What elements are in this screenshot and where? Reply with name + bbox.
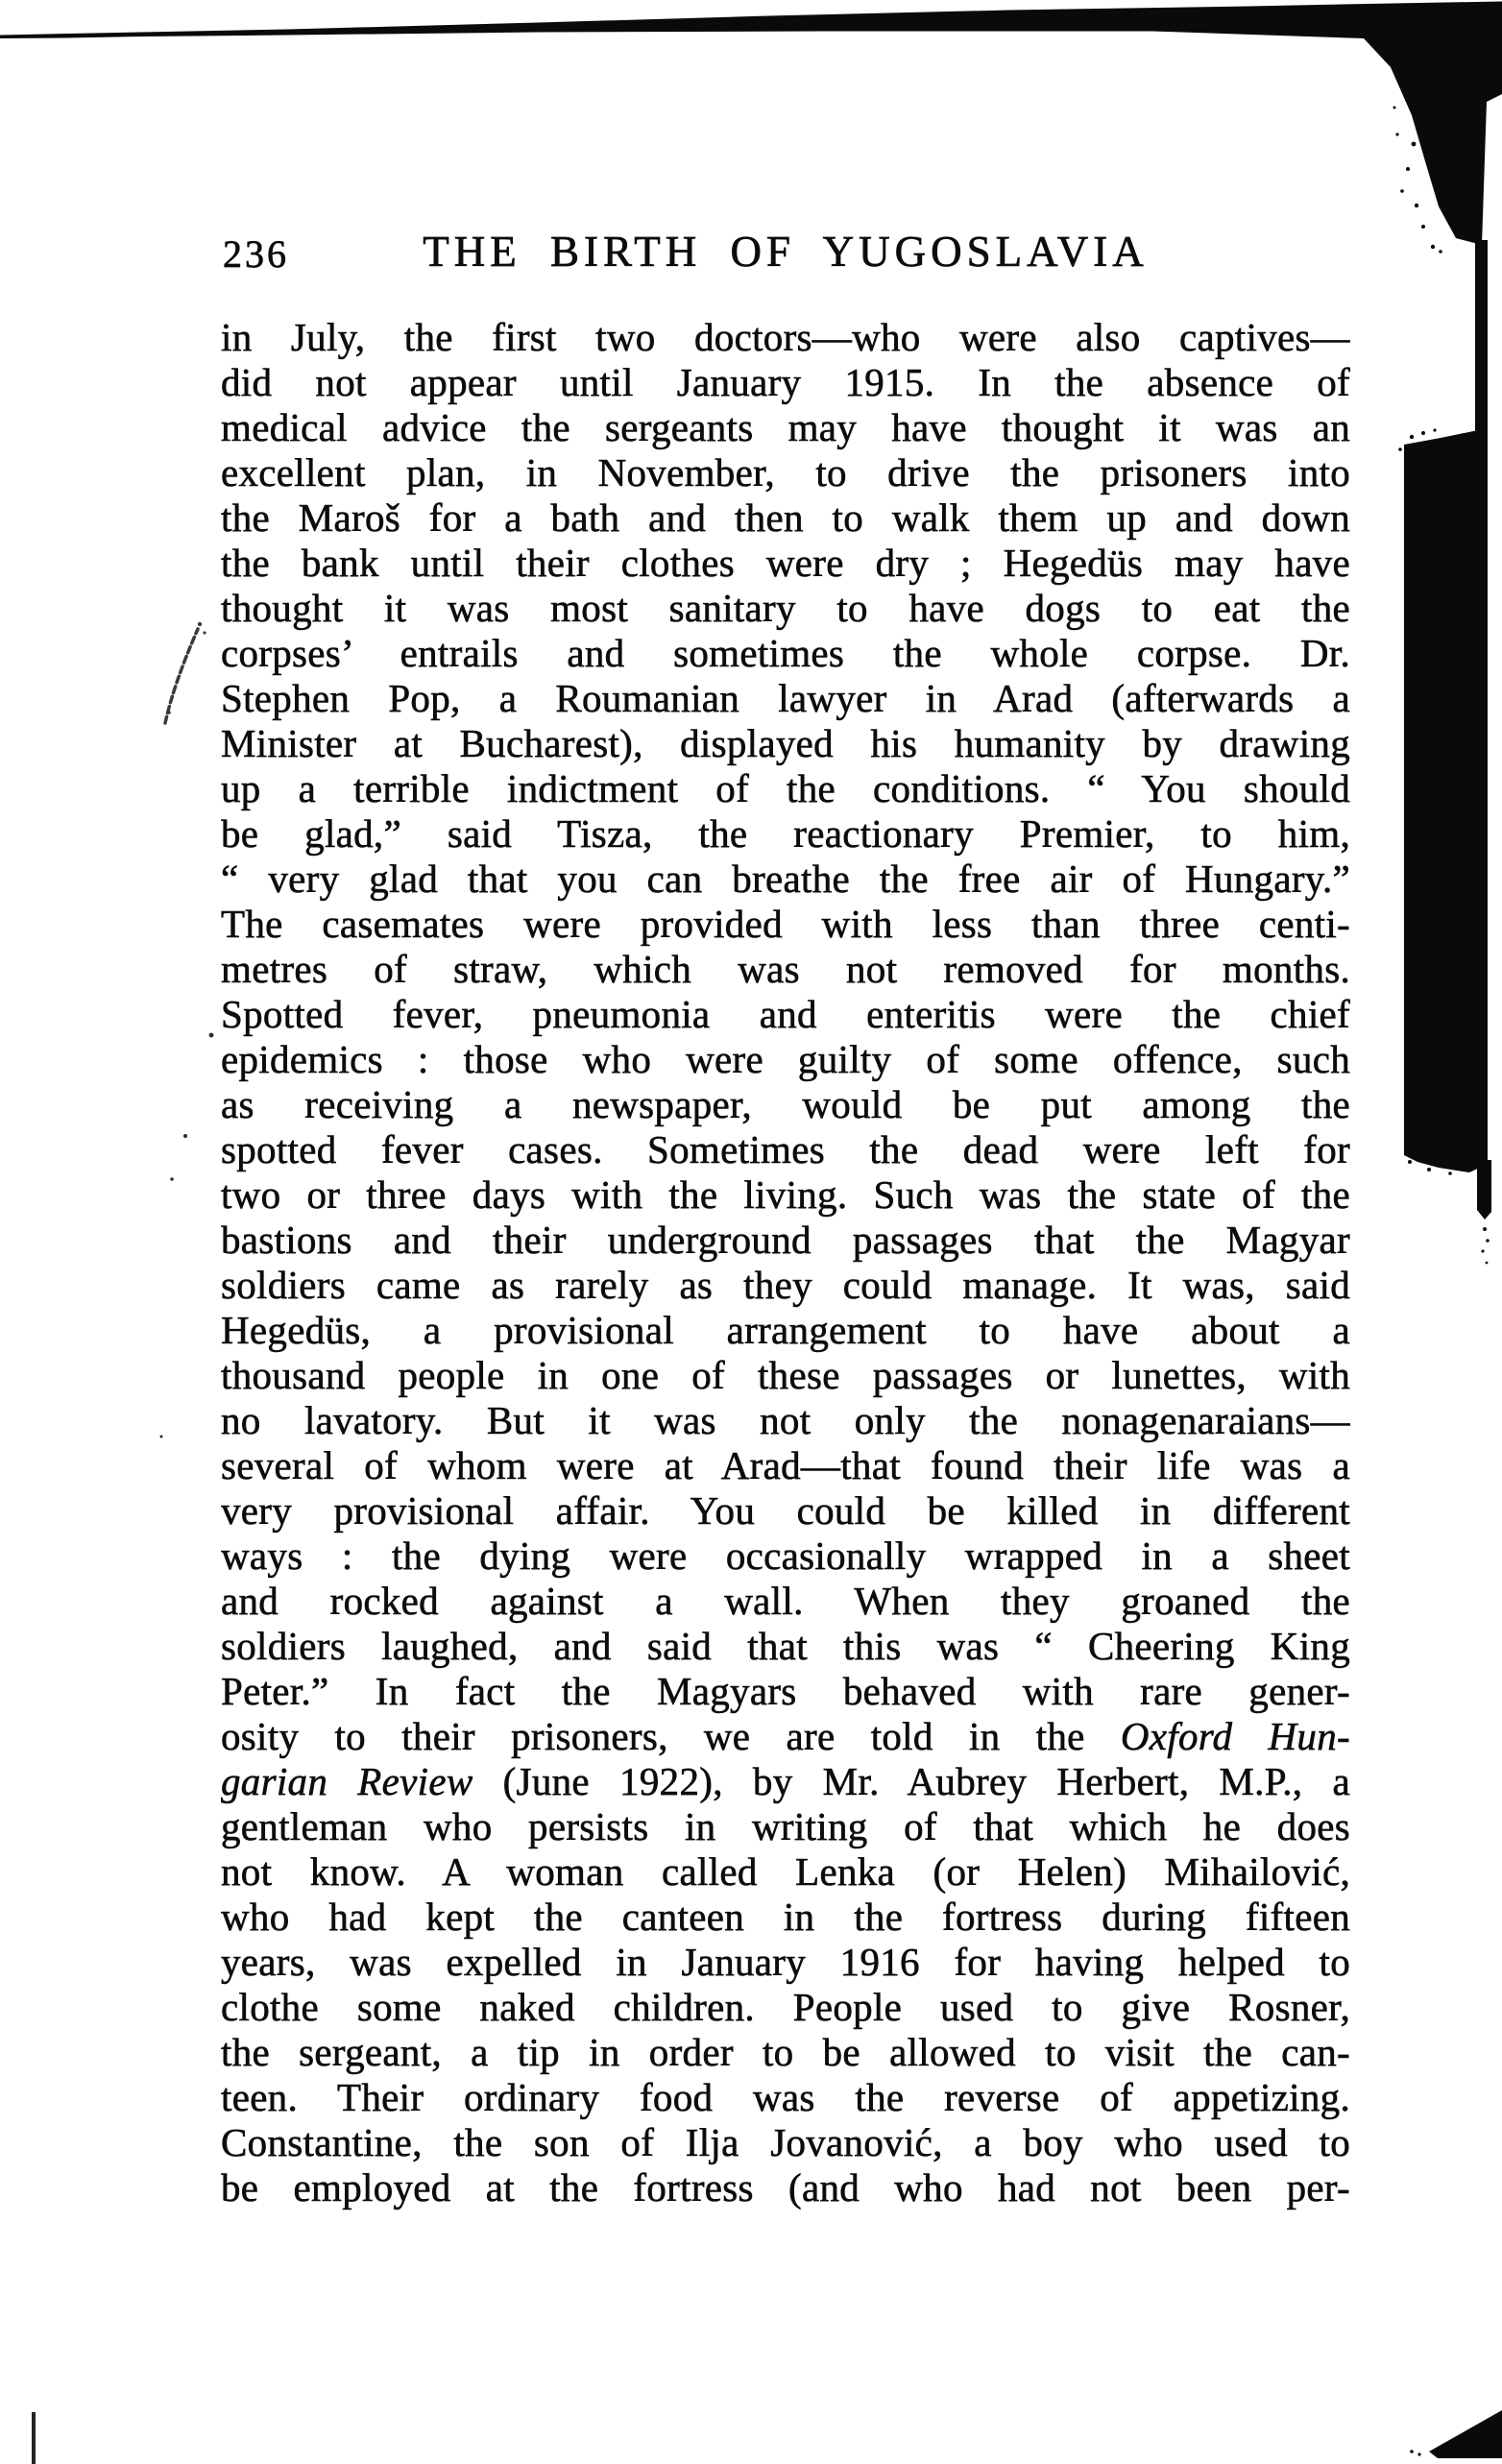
text-line: The casemates were provided with less th… [221,902,1350,947]
text-line: soldiers came as rarely as they could ma… [221,1263,1350,1308]
text-line: the Maroš for a bath and then to walk th… [221,495,1350,541]
text-line: as receiving a newspaper, would be put a… [221,1082,1350,1127]
scan-tail-speckle [1481,1227,1489,1264]
scan-wedge-speckle [1410,2450,1420,2455]
text-line: the bank until their clothes were dry ; … [221,541,1350,586]
margin-specks [160,1033,214,1438]
text-line: Constantine, the son of Ilja Jovanović, … [221,2120,1350,2165]
text-line: spotted fever cases. Sometimes the dead … [221,1127,1350,1172]
scan-right-band [1404,428,1488,1172]
text-line: corpses’ entrails and sometimes the whol… [221,631,1350,676]
scan-band-speckle [1398,428,1452,1174]
text-line: Stephen Pop, a Roumanian lawyer in Arad … [221,676,1350,721]
text-line: metres of straw, which was not removed f… [221,947,1350,992]
text-line: two or three days with the living. Such … [221,1172,1350,1218]
text-line: thousand people in one of these passages… [221,1353,1350,1398]
text-line: ways : the dying were occasionally wrapp… [221,1534,1350,1579]
scan-corner-speckle [1393,107,1442,254]
text-line: soldiers laughed, and said that this was… [221,1624,1350,1669]
page-header: 236 THE BIRTH OF YUGOSLAVIA [221,227,1350,275]
text-line: who had kept the canteen in the fortress… [221,1895,1350,1940]
text-line: years, was expelled in January 1916 for … [221,1940,1350,1985]
text-line: Hegedüs, a provisional arrangement to ha… [221,1308,1350,1353]
text-line: be glad,” said Tisza, the reactionary Pr… [221,811,1350,857]
text-line: “ very glad that you can breathe the fre… [221,857,1350,902]
scan-bottomleft-line [32,2412,36,2464]
text-line: thought it was most sanitary to have dog… [221,586,1350,631]
book-page: 236 THE BIRTH OF YUGOSLAVIA in July, the… [0,0,1502,2464]
text-line: did not appear until January 1915. In th… [221,360,1350,405]
text-line: teen. Their ordinary food was the revers… [221,2075,1350,2120]
text-line: Peter.” In fact the Magyars behaved with… [221,1669,1350,1714]
scan-right-strip-lower [1477,1160,1491,1220]
text-line: the sergeant, a tip in order to be allow… [221,2030,1350,2075]
text-line: gentleman who persists in writing of tha… [221,1804,1350,1849]
text-line: osity to their prisoners, we are told in… [221,1714,1350,1759]
text-line: garian Review (June 1922), by Mr. Aubrey… [221,1759,1350,1804]
text-line: excellent plan, in November, to drive th… [221,450,1350,495]
scan-bottom-wedge [1429,2410,1502,2458]
text-line: in July, the first two doctors—who were … [221,315,1350,360]
running-title: THE BIRTH OF YUGOSLAVIA [423,228,1149,276]
text-line: several of whom were at Arad—that found … [221,1443,1350,1488]
text-line: be employed at the fortress (and who had… [221,2165,1350,2210]
scan-top-band [0,2,1502,246]
text-line: and rocked against a wall. When they gro… [221,1579,1350,1624]
text-line: medical advice the sergeants may have th… [221,405,1350,450]
pencil-slash-mark [165,629,198,723]
text-line: Spotted fever, pneumonia and enteritis w… [221,992,1350,1037]
text-line: not know. A woman called Lenka (or Helen… [221,1849,1350,1895]
pencil-slash-dots [167,622,206,714]
text-line: bastions and their underground passages … [221,1218,1350,1263]
text-line: clothe some naked children. People used … [221,1985,1350,2030]
scan-right-strip-upper [1475,240,1488,434]
text-line: very provisional affair. You could be ki… [221,1488,1350,1534]
text-line: no lavatory. But it was not only the non… [221,1398,1350,1443]
page-number: 236 [223,231,289,277]
text-line: up a terrible indictment of the conditio… [221,766,1350,811]
text-line: epidemics : those who were guilty of som… [221,1037,1350,1082]
text-line: Minister at Bucharest), displayed his hu… [221,721,1350,766]
body-text: in July, the first two doctors—who were … [221,315,1350,2210]
